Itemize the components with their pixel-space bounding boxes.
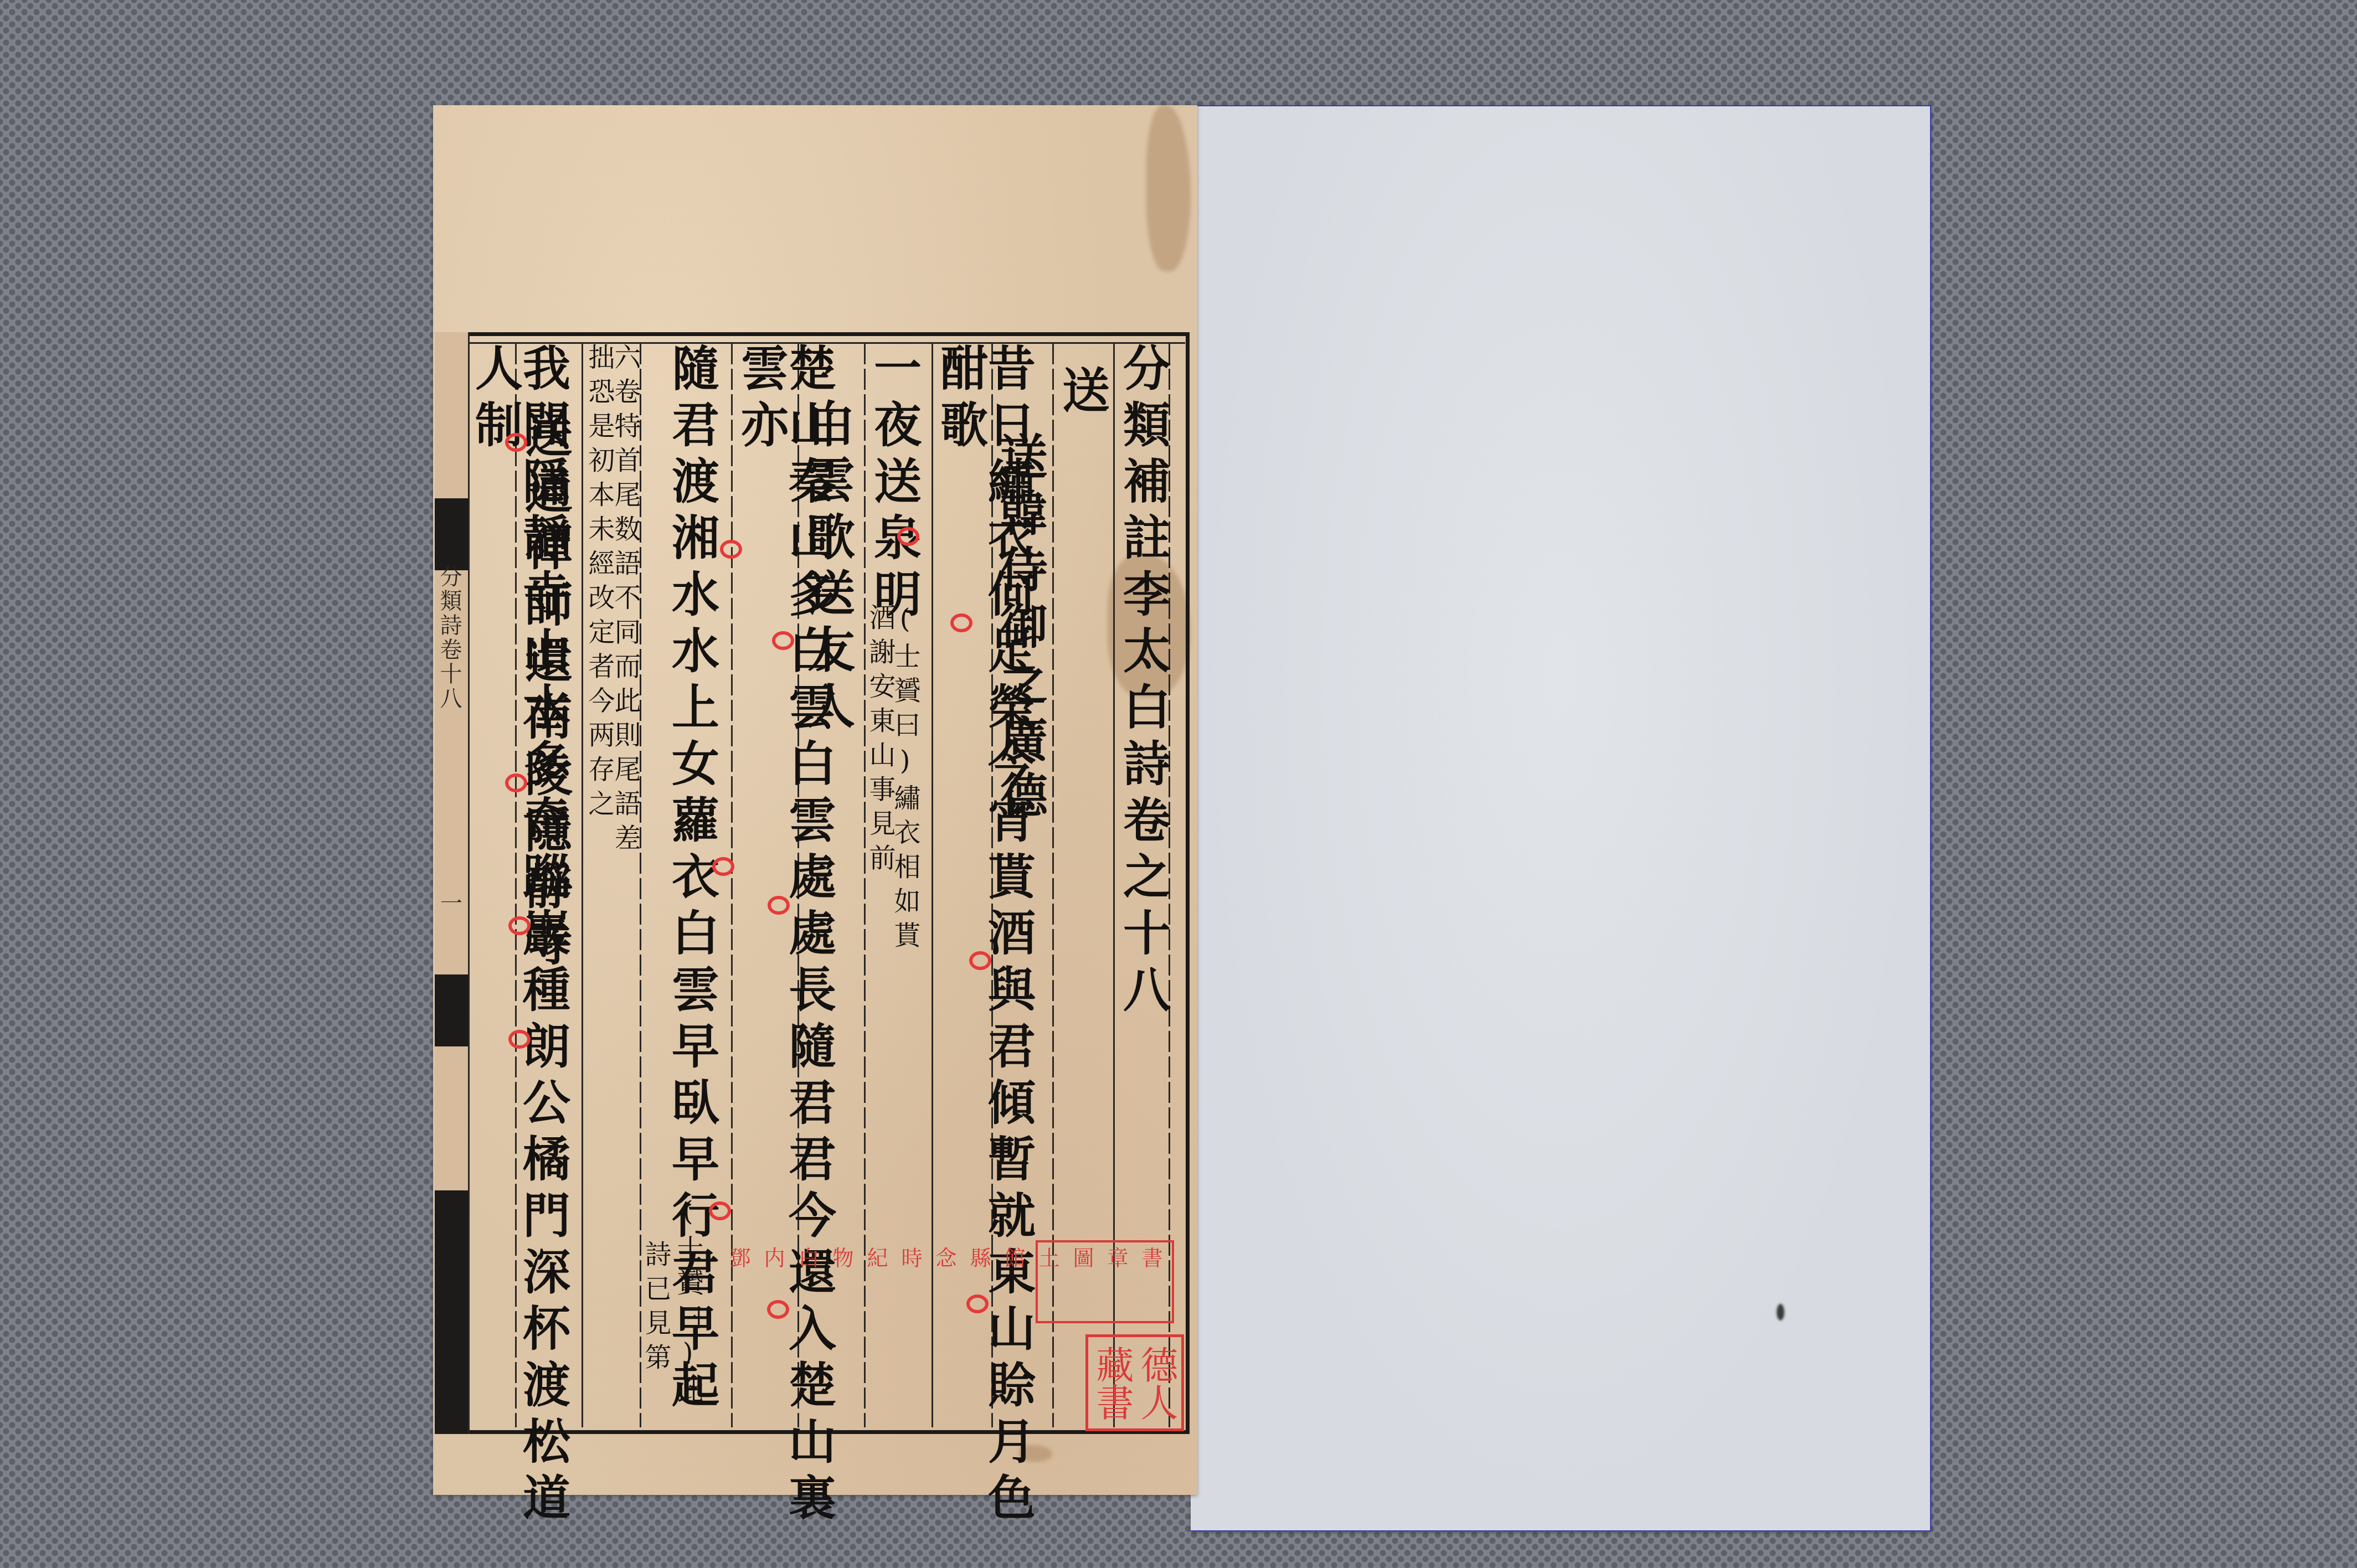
block-center-page-number: 一 [440,886,462,917]
right-blank-page [1191,105,1931,1531]
fish-tail-ornament-upper [435,498,468,570]
red-punctuation-mark [897,527,919,546]
red-punctuation-mark [709,1201,731,1220]
commentary-note: 拙恐是初本未經改定者今两存之 [586,343,613,824]
poem-line: 楚山秦山多白雲白雲處處長隨君君今還入楚山裏雲亦 [737,343,832,1568]
red-punctuation-mark [767,1300,789,1319]
commentary-note: 詩已見第 [642,1240,669,1378]
block-center-title: 分類詩卷十八 [438,565,465,711]
poem-line: 一夜送泉明 [869,343,917,626]
collector-seal-square: 德人藏書 [1085,1334,1184,1431]
collector-seal-rectangular: 書章圖土館縣念時紀物白内鄧 [1036,1240,1174,1323]
category-heading: 送 [1058,365,1105,422]
commentary-note: 六卷特首尾数語不同而此則尾語差 [612,343,639,858]
red-punctuation-mark [505,773,527,792]
red-punctuation-mark [772,631,794,650]
commentary-note: (士贇曰)此 [675,1196,701,1411]
volume-title: 分類補註李太白詩卷之十八 [1119,343,1166,1021]
poem-line: 我聞隱靜寺山水多奇蹤巖種朗公橘門深杯渡松道人制 [471,343,566,1568]
column-rule [581,343,583,1427]
fish-tail-ornament-bottom [435,1190,468,1434]
red-punctuation-mark [508,916,531,935]
red-punctuation-mark [508,1030,531,1049]
red-punctuation-mark [712,857,734,876]
red-punctuation-mark [950,613,972,632]
red-punctuation-mark [966,1294,989,1313]
red-punctuation-mark [768,896,790,915]
red-punctuation-mark [505,433,527,452]
red-punctuation-mark [969,951,991,970]
ink-spot [1777,1304,1784,1321]
commentary-note: (士贇曰)繡衣相如貰 [892,604,918,956]
red-punctuation-mark [720,540,742,559]
commentary-note: 酒謝安東山事見前 [867,604,893,878]
fish-tail-ornament-lower [435,974,468,1046]
